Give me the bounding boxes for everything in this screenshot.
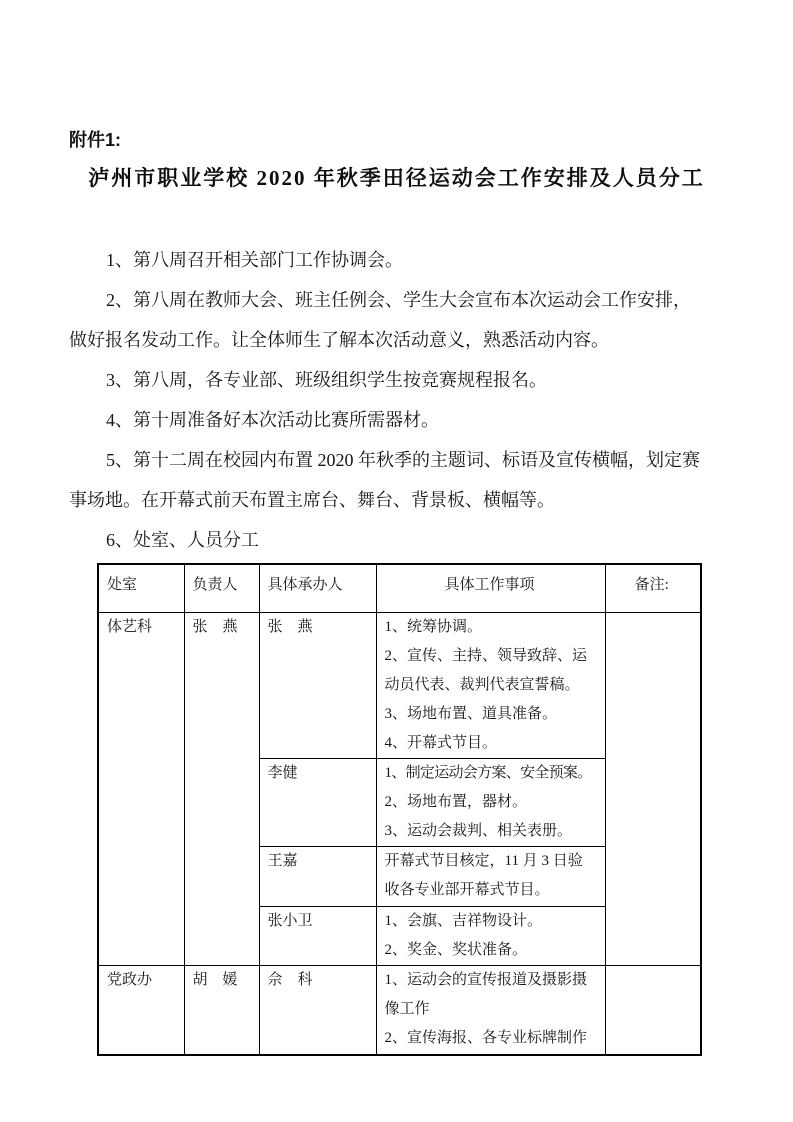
task-line: 2、奖金、奖状准备。 [385,936,603,965]
task-line: 2、场地布置，器材。 [385,788,603,817]
task-line: 像工作 [385,995,603,1024]
task-line: 动员代表、裁判代表宣誓稿。 [385,671,603,700]
document-page: 附件1: 泸州市职业学校 2020 年秋季田径运动会工作安排及人员分工 1、第八… [0,0,793,1122]
paragraph-6: 6、处室、人员分工 [69,520,724,560]
task-line: 开幕式节目核定，11 月 3 日验 [385,847,603,876]
col-header-office: 处室 [98,564,184,612]
task-line: 3、运动会裁判、相关表册。 [385,817,603,846]
task-line: 1、统筹协调。 [385,613,603,642]
task-line: 1、制定运动会方案、安全预案。 [385,759,603,788]
tasks-cell-lijian: 1、制定运动会方案、安全预案。 2、场地布置，器材。 3、运动会裁判、相关表册。 [376,758,605,846]
tasks-cell-zhangyan: 1、统筹协调。 2、宣传、主持、领导致辞、运 动员代表、裁判代表宣誓稿。 3、场… [376,612,605,758]
table-header-row: 处室 负责人 具体承办人 具体工作事项 备注: [98,564,701,612]
undertaker-cell-lijian: 李健 [259,758,376,846]
note-cell-dangzhengban [605,965,701,1055]
paragraph-2-line-2: 做好报名发动工作。让全体师生了解本次活动意义，熟悉活动内容。 [69,320,724,360]
paragraph-3: 3、第八周，各专业部、班级组织学生按竞赛规程报名。 [69,360,724,400]
assignment-table: 处室 负责人 具体承办人 具体工作事项 备注: 体艺科 张 燕 张 燕 1、统筹… [97,563,702,1056]
task-line: 1、运动会的宣传报道及摄影摄 [385,966,603,995]
paragraph-4: 4、第十周准备好本次活动比赛所需器材。 [69,400,724,440]
paragraph-5-line-1: 5、第十二周在校园内布置 2020 年秋季的主题词、标语及宣传横幅，划定赛 [69,440,724,480]
tasks-cell-sheke: 1、运动会的宣传报道及摄影摄 像工作 2、宣传海报、各专业标牌制作 [376,965,605,1055]
task-line: 收各专业部开幕式节目。 [385,876,603,905]
task-line: 1、会旗、吉祥物设计。 [385,907,603,936]
col-header-note: 备注: [605,564,701,612]
undertaker-cell-wangjia: 王嘉 [259,846,376,906]
note-cell-tiyike [605,612,701,965]
task-line: 3、场地布置、道具准备。 [385,700,603,729]
document-title: 泸州市职业学校 2020 年秋季田径运动会工作安排及人员分工 [69,164,724,192]
undertaker-cell-zhangyan: 张 燕 [259,612,376,758]
col-header-undertaker: 具体承办人 [259,564,376,612]
task-line: 4、开幕式节目。 [385,729,603,758]
table-row-dangzhengban: 党政办 胡 媛 佘 科 1、运动会的宣传报道及摄影摄 像工作 2、宣传海报、各专… [98,965,701,1055]
undertaker-cell-sheke: 佘 科 [259,965,376,1055]
body-paragraphs: 1、第八周召开相关部门工作协调会。 2、第八周在教师大会、班主任例会、学生大会宣… [69,240,724,560]
paragraph-5-line-2: 事场地。在开幕式前天布置主席台、舞台、背景板、横幅等。 [69,480,724,520]
office-cell-tiyike: 体艺科 [98,612,184,965]
leader-cell-zhangyan: 张 燕 [184,612,259,965]
task-line: 2、宣传海报、各专业标牌制作 [385,1024,603,1053]
attachment-label: 附件1: [69,128,724,152]
task-line: 2、宣传、主持、领导致辞、运 [385,642,603,671]
leader-cell-huyuan: 胡 媛 [184,965,259,1055]
tasks-cell-zhangxiaowei: 1、会旗、吉祥物设计。 2、奖金、奖状准备。 [376,906,605,965]
col-header-tasks: 具体工作事项 [376,564,605,612]
office-cell-dangzhengban: 党政办 [98,965,184,1055]
undertaker-cell-zhangxiaowei: 张小卫 [259,906,376,965]
paragraph-1: 1、第八周召开相关部门工作协调会。 [69,240,724,280]
tasks-cell-wangjia: 开幕式节目核定，11 月 3 日验 收各专业部开幕式节目。 [376,846,605,906]
paragraph-2-line-1: 2、第八周在教师大会、班主任例会、学生大会宣布本次运动会工作安排， [69,280,724,320]
table-row-tiyike-zhangyan: 体艺科 张 燕 张 燕 1、统筹协调。 2、宣传、主持、领导致辞、运 动员代表、… [98,612,701,758]
col-header-leader: 负责人 [184,564,259,612]
